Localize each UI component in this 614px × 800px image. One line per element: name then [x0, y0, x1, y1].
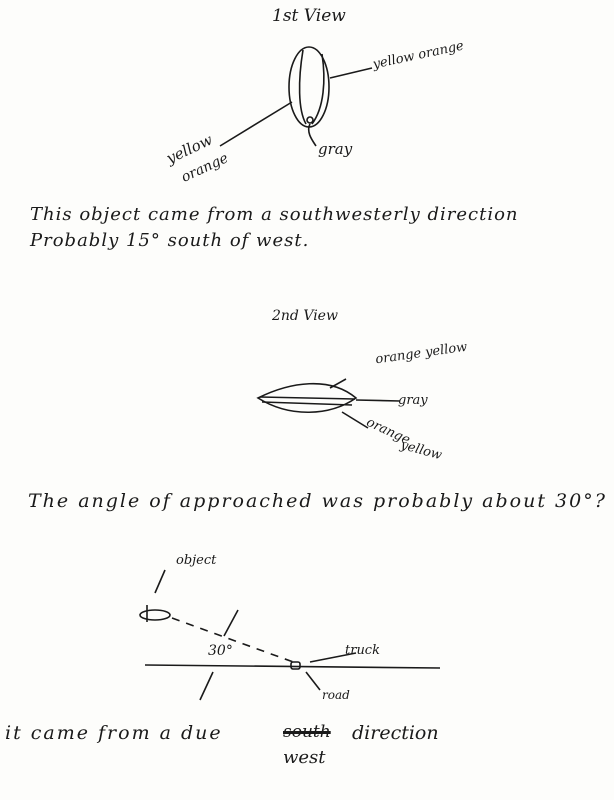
view2-title: 2nd View	[272, 308, 338, 324]
view2-label-middle: gray	[398, 393, 428, 408]
paragraph3-prefix: it came from a due	[5, 722, 223, 744]
paragraph3-correction: west	[283, 747, 326, 768]
view1-title: 1st View	[272, 6, 346, 26]
view2-label-bottom-2: yellow	[399, 438, 444, 463]
paragraph1-line1: This object came from a southwesterly di…	[30, 204, 519, 225]
object-view1-shape	[289, 47, 329, 127]
paragraph3-struck-word: south	[283, 722, 331, 742]
road-line	[145, 665, 440, 668]
object-view2-shape	[258, 384, 356, 413]
object-diagram-shape	[140, 610, 170, 620]
diagram-angle-label: 30°	[208, 643, 233, 659]
diagram-object-label: object	[176, 553, 216, 568]
paragraph3-suffix: direction	[352, 722, 439, 744]
truck-shape	[291, 662, 300, 669]
paragraph1-line2: Probably 15° south of west.	[30, 230, 309, 251]
sketches	[0, 0, 614, 800]
diagram-truck-label: truck	[345, 643, 380, 658]
diagram-road-label: road	[322, 688, 350, 702]
view2-label-top: orange yellow	[374, 340, 468, 368]
view1-label-bottom: gray	[318, 140, 352, 158]
paragraph2-line1: The angle of approached was probably abo…	[28, 490, 607, 512]
view1-label-right: yellow orange	[371, 39, 465, 73]
